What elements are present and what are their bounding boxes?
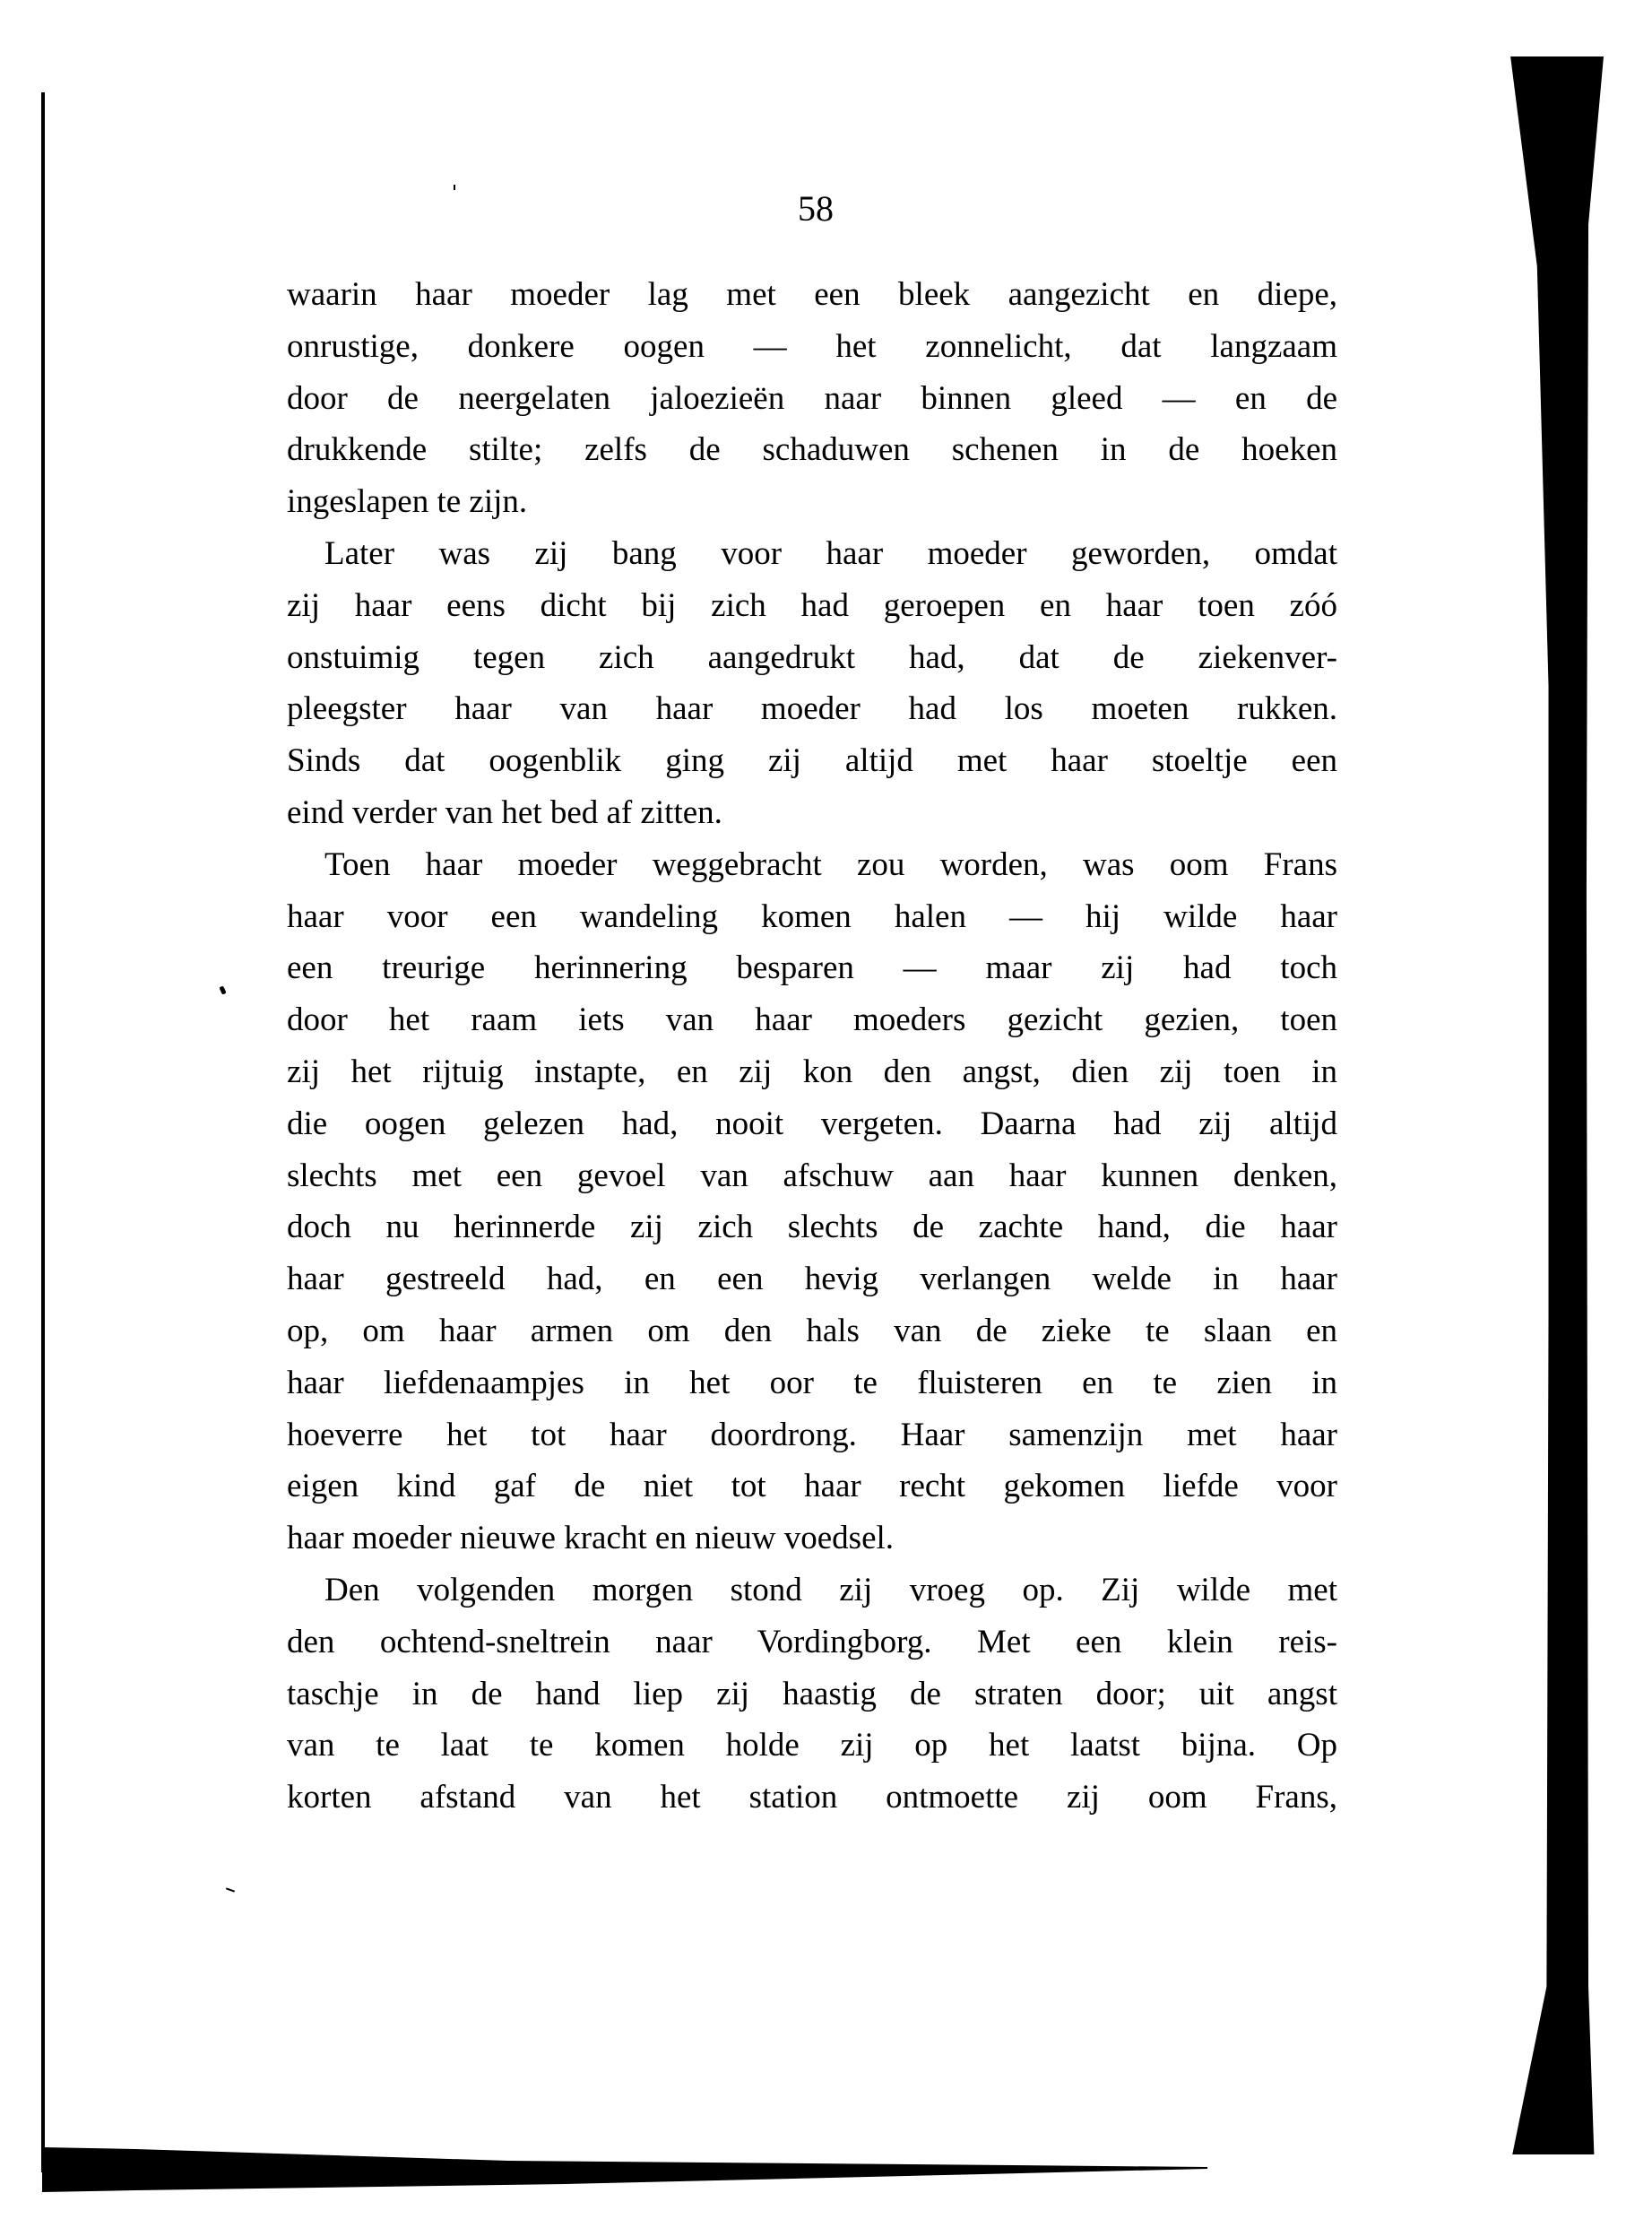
text-line: Sinds dat oogenblik ging zij altijd met … [287,735,1337,787]
text-line: Toen haar moeder weggebracht zou worden,… [287,839,1337,891]
text-line: doch nu herinnerde zij zich slechts de z… [287,1201,1337,1253]
text-line: op, om haar armen om den hals van de zie… [287,1305,1337,1357]
text-line: zij haar eens dicht bij zich had geroepe… [287,580,1337,632]
paragraph: waarin haar moeder lag met een bleek aan… [287,269,1337,528]
text-line: pleegster haar van haar moeder had los m… [287,683,1337,735]
text-line: onrustige, donkere oogen — het zonnelich… [287,321,1337,373]
paragraph: Den volgenden morgen stond zij vroeg op.… [287,1565,1337,1824]
scan-speck [454,185,455,190]
text-line: waarin haar moeder lag met een bleek aan… [287,269,1337,321]
text-line: van te laat te komen holde zij op het la… [287,1720,1337,1772]
text-line: ingeslapen te zijn. [287,476,1337,528]
text-line: onstuimig tegen zich aangedrukt had, dat… [287,632,1337,684]
text-line: door het raam iets van haar moeders gezi… [287,994,1337,1046]
text-line: haar voor een wandeling komen halen — hi… [287,891,1337,943]
page-number: 58 [789,184,843,234]
text-line: haar liefdenaampjes in het oor te fluist… [287,1357,1337,1409]
text-line: slechts met een gevoel van afschuw aan h… [287,1150,1337,1202]
text-line: haar gestreeld had, en een hevig verlang… [287,1253,1337,1305]
body-text: waarin haar moeder lag met een bleek aan… [287,269,1337,1824]
text-line: den ochtend-sneltrein naar Vordingborg. … [287,1617,1337,1669]
text-line: drukkende stilte; zelfs de schaduwen sch… [287,424,1337,476]
scan-speck [219,985,226,994]
text-line: haar moeder nieuwe kracht en nieuw voeds… [287,1513,1337,1565]
text-line: die oogen gelezen had, nooit vergeten. D… [287,1098,1337,1150]
text-line: eind verder van het bed af zitten. [287,787,1337,839]
paragraph: Later was zij bang voor haar moeder gewo… [287,528,1337,839]
text-line: Den volgenden morgen stond zij vroeg op.… [287,1565,1337,1617]
page-bottom-edge-shadow [42,2147,1207,2192]
text-line: door de neergelaten jaloezieën naar binn… [287,373,1337,425]
text-line: een treurige herinnering besparen — maar… [287,942,1337,994]
text-line: hoeverre het tot haar doordrong. Haar sa… [287,1409,1337,1461]
text-line: eigen kind gaf de niet tot haar recht ge… [287,1461,1337,1513]
page-right-edge-shadow [1509,56,1604,2154]
scanned-book-page: 58 waarin haar moeder lag met een bleek … [0,0,1652,2219]
page-left-edge-shadow [41,92,45,2172]
text-line: taschje in de hand liep zij haastig de s… [287,1669,1337,1721]
text-line: zij het rijtuig instapte, en zij kon den… [287,1046,1337,1098]
text-line: korten afstand van het station ontmoette… [287,1772,1337,1824]
paragraph: Toen haar moeder weggebracht zou worden,… [287,839,1337,1565]
scan-speck [226,1887,235,1892]
text-line: Later was zij bang voor haar moeder gewo… [287,528,1337,580]
